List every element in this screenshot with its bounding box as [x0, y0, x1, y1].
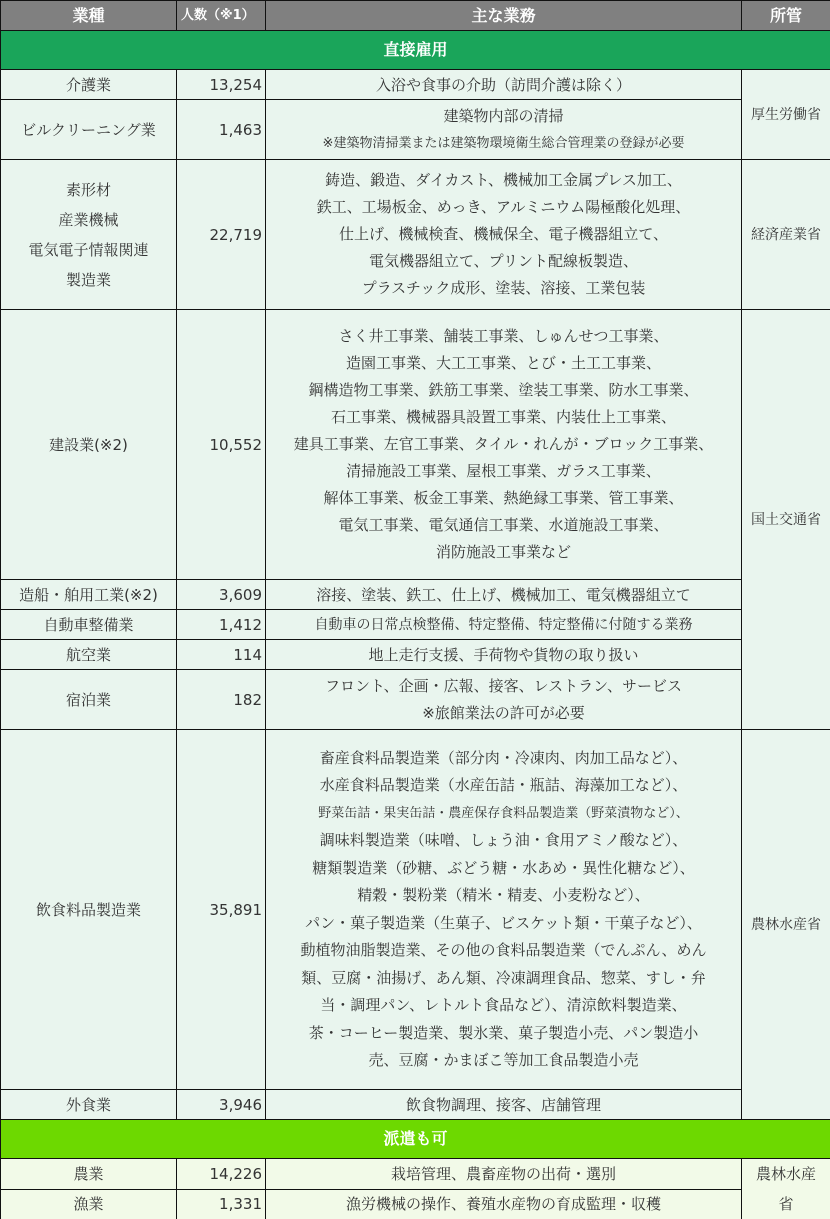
table-row: 外食業 3,946 飲食物調理、接客、店舗管理	[1, 1090, 830, 1120]
industry-line: 電気電子情報関連	[1, 235, 176, 265]
table-row: 素形材 産業機械 電気電子情報関連 製造業 22,719 鋳造、鍛造、ダイカスト…	[1, 160, 830, 310]
industry-name: ビルクリーニング業	[1, 100, 177, 160]
duty-line: 消防施設工事業など	[266, 539, 741, 566]
duty-line: 野菜缶詰・果実缶詰・農産保存食料品製造業（野菜漬物など）、	[266, 800, 741, 828]
main-duties: 飲食物調理、接客、店舗管理	[266, 1090, 742, 1120]
duty-line: 鋳造、鍛造、ダイカスト、機械加工金属プレス加工、	[266, 167, 741, 194]
duty-line: 売、豆腐・かまぼこ等加工食品製造小売	[266, 1047, 741, 1075]
section-label: 派遣も可	[1, 1120, 830, 1159]
main-duties: 自動車の日常点検整備、特定整備、特定整備に付随する業務	[266, 610, 742, 640]
industry-name: 航空業	[1, 640, 177, 670]
main-duties: フロント、企画・広報、接客、レストラン、サービス ※旅館業法の許可が必要	[266, 670, 742, 730]
table-row: 航空業 114 地上走行支援、手荷物や貨物の取り扱い	[1, 640, 830, 670]
specified-skills-industry-table: 業種 人数（※1） 主な業務 所管 直接雇用 介護業 13,254 入浴や食事の…	[0, 0, 830, 1219]
main-duties: 入浴や食事の介助（訪問介護は除く）	[266, 70, 742, 100]
duty-line: プラスチック成形、塗装、溶接、工業包装	[266, 275, 741, 302]
main-duties: さく井工事業、舗装工事業、しゅんせつ工事業、 造園工事業、大工工事業、とび・土工…	[266, 310, 742, 580]
duty-line: 糖類製造業（砂糖、ぶどう糖・水あめ・異性化糖など）、	[266, 855, 741, 883]
worker-count: 14,226	[177, 1159, 266, 1190]
duty-line: 当・調理パン、レトルト食品など）、清涼飲料製造業、	[266, 992, 741, 1020]
table-row: 建設業(※2) 10,552 さく井工事業、舗装工事業、しゅんせつ工事業、 造園…	[1, 310, 830, 580]
ministry: 国土交通省	[742, 310, 830, 730]
table-row: 飲食料品製造業 35,891 畜産食料品製造業（部分肉・冷凍肉、肉加工品など）、…	[1, 730, 830, 1090]
duty-line: 石工事業、機械器具設置工事業、内装仕上工事業、	[266, 404, 741, 431]
duty-line: 鉄工、工場板金、めっき、アルミニウム陽極酸化処理、	[266, 194, 741, 221]
header-row: 業種 人数（※1） 主な業務 所管	[1, 1, 830, 31]
table-row: 宿泊業 182 フロント、企画・広報、接客、レストラン、サービス ※旅館業法の許…	[1, 670, 830, 730]
ministry: 厚生労働省	[742, 70, 830, 160]
worker-count: 13,254	[177, 70, 266, 100]
main-duties: 栽培管理、農畜産物の出荷・選別	[266, 1159, 742, 1190]
worker-count: 35,891	[177, 730, 266, 1090]
duty-line: 清掃施設工事業、屋根工事業、ガラス工事業、	[266, 458, 741, 485]
worker-count: 22,719	[177, 160, 266, 310]
main-duties: 地上走行支援、手荷物や貨物の取り扱い	[266, 640, 742, 670]
duty-line: 建具工事業、左官工事業、タイル・れんが・ブロック工事業、	[266, 431, 741, 458]
industry-name: 飲食料品製造業	[1, 730, 177, 1090]
worker-count: 3,609	[177, 580, 266, 610]
duty-line: パン・菓子製造業（生菓子、ビスケット類・干菓子など）、	[266, 910, 741, 938]
header-ministry: 所管	[742, 1, 830, 31]
industry-name: 宿泊業	[1, 670, 177, 730]
worker-count: 114	[177, 640, 266, 670]
ministry: 農林水産省	[742, 730, 830, 1120]
duty-line: 類、豆腐・油揚げ、あん類、冷凍調理食品、惣菜、すし・弁	[266, 965, 741, 993]
duty-note: ※建築物清掃業または建築物環境衛生総合管理業の登録が必要	[266, 130, 741, 157]
industry-name: 自動車整備業	[1, 610, 177, 640]
duty-note: ※旅館業法の許可が必要	[266, 700, 741, 727]
table-row: 介護業 13,254 入浴や食事の介助（訪問介護は除く） 厚生労働省	[1, 70, 830, 100]
duty-line: 調味料製造業（味噌、しょう油・食用アミノ酸など）、	[266, 827, 741, 855]
section-label: 直接雇用	[1, 31, 830, 70]
industry-line: 素形材	[1, 175, 176, 205]
industry-name: 建設業(※2)	[1, 310, 177, 580]
ministry: 農林水産 省	[742, 1159, 830, 1219]
main-duties: 溶接、塗装、鉄工、仕上げ、機械加工、電気機器組立て	[266, 580, 742, 610]
industry-line: 製造業	[1, 265, 176, 295]
industry-name: 漁業	[1, 1189, 177, 1219]
worker-count: 1,412	[177, 610, 266, 640]
duty-line: 動植物油脂製造業、その他の食料品製造業（でんぷん、めん	[266, 937, 741, 965]
industry-line: 産業機械	[1, 205, 176, 235]
duty-line: さく井工事業、舗装工事業、しゅんせつ工事業、	[266, 323, 741, 350]
industry-name: 外食業	[1, 1090, 177, 1120]
duty-line: 造園工事業、大工工事業、とび・土工工事業、	[266, 350, 741, 377]
duty-line: 畜産食料品製造業（部分肉・冷凍肉、肉加工品など）、	[266, 745, 741, 773]
header-industry: 業種	[1, 1, 177, 31]
worker-count: 182	[177, 670, 266, 730]
main-duties: 建築物内部の清掃 ※建築物清掃業または建築物環境衛生総合管理業の登録が必要	[266, 100, 742, 160]
duty-line: 解体工事業、板金工事業、熱絶縁工事業、管工事業、	[266, 485, 741, 512]
worker-count: 10,552	[177, 310, 266, 580]
duty-line: 仕上げ、機械検査、機械保全、電子機器組立て、	[266, 221, 741, 248]
main-duties: 漁労機械の操作、養殖水産物の育成監理・収穫	[266, 1189, 742, 1219]
main-duties: 畜産食料品製造業（部分肉・冷凍肉、肉加工品など）、 水産食料品製造業（水産缶詰・…	[266, 730, 742, 1090]
table-row: ビルクリーニング業 1,463 建築物内部の清掃 ※建築物清掃業または建築物環境…	[1, 100, 830, 160]
duty-line: 建築物内部の清掃	[266, 103, 741, 130]
table-row: 自動車整備業 1,412 自動車の日常点検整備、特定整備、特定整備に付随する業務	[1, 610, 830, 640]
duty-line: 茶・コーヒー製造業、製氷業、菓子製造小売、パン製造小	[266, 1020, 741, 1048]
industry-name: 農業	[1, 1159, 177, 1190]
duty-line: 鋼構造物工事業、鉄筋工事業、塗装工事業、防水工事業、	[266, 377, 741, 404]
ministry: 経済産業省	[742, 160, 830, 310]
worker-count: 1,463	[177, 100, 266, 160]
section-band-direct-employment: 直接雇用	[1, 31, 830, 70]
duty-line: 電気機器組立て、プリント配線板製造、	[266, 248, 741, 275]
main-duties: 鋳造、鍛造、ダイカスト、機械加工金属プレス加工、 鉄工、工場板金、めっき、アルミ…	[266, 160, 742, 310]
ministry-line: 農林水産	[742, 1159, 830, 1189]
table-row: 造船・舶用工業(※2) 3,609 溶接、塗装、鉄工、仕上げ、機械加工、電気機器…	[1, 580, 830, 610]
table-row: 漁業 1,331 漁労機械の操作、養殖水産物の育成監理・収穫	[1, 1189, 830, 1219]
industry-name: 素形材 産業機械 電気電子情報関連 製造業	[1, 160, 177, 310]
industry-name: 造船・舶用工業(※2)	[1, 580, 177, 610]
ministry-line: 省	[742, 1189, 830, 1219]
header-count: 人数（※1）	[177, 1, 266, 31]
duty-line: フロント、企画・広報、接客、レストラン、サービス	[266, 673, 741, 700]
industry-name: 介護業	[1, 70, 177, 100]
table-row: 農業 14,226 栽培管理、農畜産物の出荷・選別 農林水産 省	[1, 1159, 830, 1190]
worker-count: 3,946	[177, 1090, 266, 1120]
duty-line: 精穀・製粉業（精米・精麦、小麦粉など）、	[266, 882, 741, 910]
header-duties: 主な業務	[266, 1, 742, 31]
section-band-dispatch-allowed: 派遣も可	[1, 1120, 830, 1159]
duty-line: 水産食料品製造業（水産缶詰・瓶詰、海藻加工など）、	[266, 772, 741, 800]
duty-line: 電気工事業、電気通信工事業、水道施設工事業、	[266, 512, 741, 539]
worker-count: 1,331	[177, 1189, 266, 1219]
